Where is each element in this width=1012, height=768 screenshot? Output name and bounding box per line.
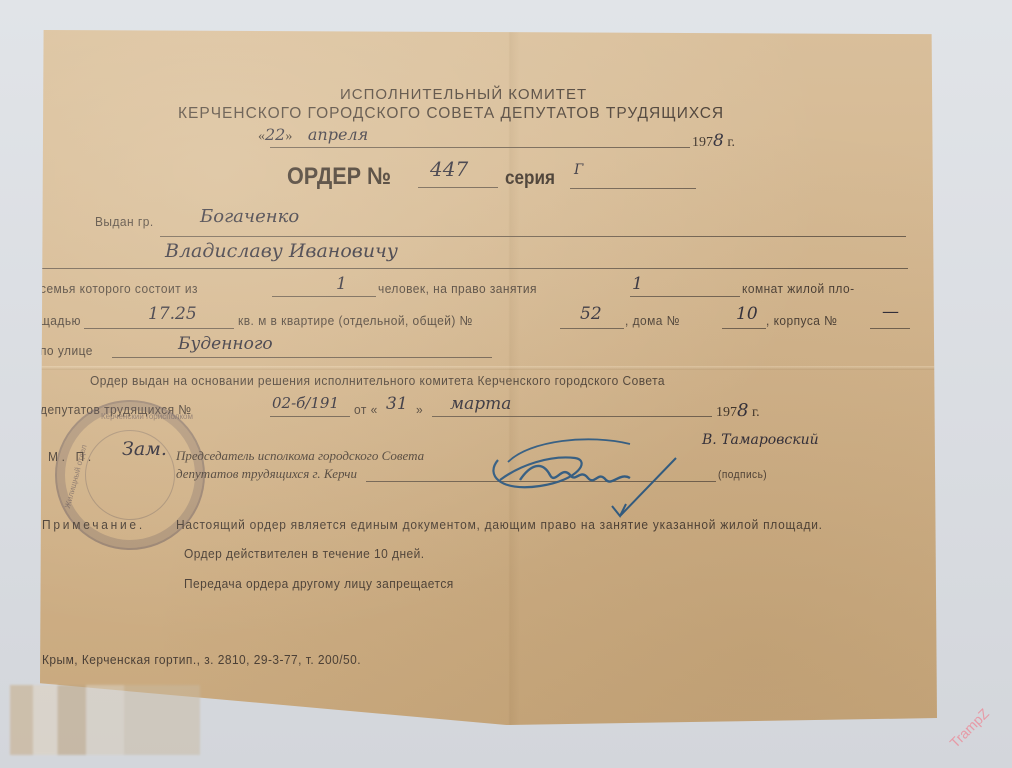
street-label: по улице	[40, 343, 93, 358]
from-label: от «	[354, 402, 378, 417]
quote-open: «	[258, 129, 265, 144]
rooms-underline	[630, 296, 740, 297]
persons-underline	[272, 296, 376, 297]
series-label: серия	[505, 168, 555, 190]
basis-quote-close: »	[416, 402, 423, 417]
basis-line1: Ордер выдан на основании решения исполни…	[90, 373, 665, 388]
order-title: ОРДЕР №	[287, 163, 391, 191]
family-rooms: 1	[632, 274, 643, 294]
note-single-document: Настоящий ордер является единым документ…	[176, 517, 823, 532]
order-number: 447	[430, 157, 468, 181]
name-underline	[40, 268, 908, 269]
printer-imprint: Крым, Керченская гортип., з. 2810, 29-3-…	[42, 652, 361, 667]
family-label-end: комнат жилой пло-	[742, 281, 855, 296]
pixelated-region	[10, 685, 200, 755]
series-underline	[570, 188, 696, 189]
building-number: —	[882, 302, 899, 322]
family-persons: 1	[336, 274, 347, 294]
date-month: апреля	[308, 125, 368, 144]
house-number: 10	[736, 304, 758, 324]
street-value: Буденного	[178, 334, 273, 354]
house-label: , дома №	[625, 313, 680, 328]
housing-order-document: ИСПОЛНИТЕЛЬНЫЙ КОМИТЕТ КЕРЧЕНСКОГО ГОРОД…	[40, 30, 937, 725]
family-label-start: семья которого состоит из	[40, 281, 198, 296]
signer-title-line1: Председатель исполкома городского Совета	[176, 448, 424, 464]
street-underline	[112, 357, 492, 358]
signer-name-handwritten: В. Тамаровский	[702, 432, 819, 448]
basis-year: 1978 г.	[716, 400, 760, 421]
house-underline	[722, 328, 766, 329]
order-number-underline	[418, 187, 498, 188]
family-label-mid: человек, на право занятия	[378, 281, 537, 296]
mp-label: М. П.	[48, 449, 95, 464]
decision-underline	[270, 416, 350, 417]
signature-icon	[480, 420, 710, 520]
series-value: Г	[574, 162, 583, 178]
header-committee: ИСПОЛНИТЕЛЬНЫЙ КОМИТЕТ	[340, 86, 587, 103]
signer-title-line2: депутатов трудящихся г. Керчи	[176, 466, 357, 482]
issued-to-label: Выдан гр.	[95, 214, 154, 229]
basis-month: марта	[450, 394, 511, 414]
date-year: 1978 г.	[692, 131, 735, 151]
building-label: , корпуса №	[766, 313, 837, 328]
date-underline	[270, 147, 690, 148]
watermark: TrampZ	[946, 705, 992, 751]
area-underline	[84, 328, 234, 329]
issued-to-surname: Богаченко	[200, 206, 299, 227]
date-day: 22	[265, 125, 285, 144]
apartment-underline	[560, 328, 624, 329]
notes-label: Примечание.	[42, 517, 145, 532]
deputy-handwritten: Зам.	[122, 438, 167, 460]
area-sq-m: 17.25	[148, 304, 197, 324]
note-transfer-forbidden: Передача ордера другому лицу запрещается	[184, 576, 454, 591]
decision-number: 02-б/191	[272, 394, 339, 412]
stamp-text-top: Керченский горисполком	[101, 412, 193, 421]
area-label-start: щадью	[40, 313, 81, 328]
area-label-mid: кв. м в квартире (отдельной, общей) №	[238, 313, 473, 328]
basis-month-underline	[432, 416, 712, 417]
surname-underline	[160, 236, 906, 237]
apartment-number: 52	[580, 304, 602, 324]
note-validity: Ордер действителен в течение 10 дней.	[184, 546, 425, 561]
signature-label: (подпись)	[718, 469, 767, 481]
building-underline	[870, 328, 910, 329]
basis-day: 31	[386, 394, 408, 414]
quote-close: »	[285, 129, 292, 144]
date-line: «22» апреля	[258, 125, 368, 145]
issued-to-name: Владиславу Ивановичу	[165, 240, 398, 262]
header-council: КЕРЧЕНСКОГО ГОРОДСКОГО СОВЕТА ДЕПУТАТОВ …	[178, 105, 724, 123]
